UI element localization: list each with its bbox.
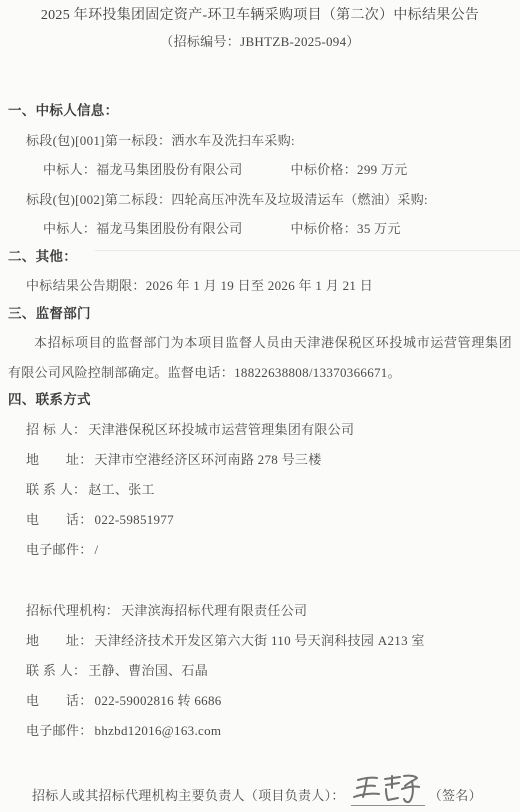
section-heading-contact: 四、联系方式	[8, 391, 512, 409]
agency-name-row: 招标代理机构： 天津滨海招标代理有限责任公司	[26, 602, 512, 620]
signature-line: 招标人或其招标代理机构主要负责人（项目负责人）： （签名）	[32, 769, 482, 804]
document-title: 2025 年环投集团固定资产-环卫车辆采购项目（第二次）中标结果公告	[8, 6, 512, 26]
tenderer-address-row: 地 址： 天津市空港经济区环河南路 278 号三楼	[26, 451, 512, 469]
agency-phone-row: 电 话： 022-59002816 转 6686	[26, 692, 512, 710]
signature-line-label: 招标人或其招标代理机构主要负责人（项目负责人）：	[32, 785, 345, 804]
lot-1-price: 中标价格：299 万元	[291, 161, 408, 179]
agency-address-row: 地 址： 天津经济技术开发区第六大街 110 号天润科技园 A213 室	[26, 632, 512, 650]
tenderer-phone-row: 电 话： 022-59851977	[26, 511, 512, 529]
lot-2-line: 标段(包)[002]第二标段：四轮高压冲洗车及垃圾清运车（燃油）采购:	[26, 191, 512, 209]
handwritten-signature	[351, 769, 425, 806]
signature-suffix: （签名）	[429, 785, 482, 804]
scanned-document-page: 2025 年环投集团固定资产-环卫车辆采购项目（第二次）中标结果公告 （招标编号…	[0, 0, 520, 812]
agency-contacts-row: 联 系 人： 王静、曹治国、石晶	[26, 662, 512, 680]
lot-2-winner-row: 中标人：福龙马集团股份有限公司 中标价格：35 万元	[43, 220, 512, 238]
lot-1-winner: 中标人：福龙马集团股份有限公司	[43, 161, 243, 179]
section-heading-winner-info: 一、中标人信息：	[8, 102, 512, 120]
supervision-paragraph: 本招标项目的监督部门为本项目监督人员由天津港保税区环投城市运营管理集团有限公司风…	[8, 328, 512, 388]
lot-1-winner-row: 中标人：福龙马集团股份有限公司 中标价格：299 万元	[43, 161, 512, 179]
tenderer-contacts-row: 联 系 人： 赵工、张工	[26, 481, 512, 499]
lot-2-price: 中标价格：35 万元	[291, 220, 401, 238]
tenderer-name-row: 招 标 人： 天津港保税区环投城市运营管理集团有限公司	[26, 421, 512, 439]
lot-1-line: 标段(包)[001]第一标段：洒水车及洗扫车采购:	[26, 132, 512, 150]
scan-artifact-line	[95, 250, 520, 251]
tender-number: （招标编号：JBHTZB-2025-094）	[8, 32, 512, 52]
tenderer-email-row: 电子邮件： /	[26, 541, 512, 559]
section-heading-supervision: 三、监督部门	[8, 305, 512, 323]
agency-email-row: 电子邮件： bhzbd12016@163.com	[26, 722, 512, 740]
handwritten-signature-icon	[351, 769, 425, 805]
lot-2-winner: 中标人：福龙马集团股份有限公司	[43, 220, 243, 238]
announcement-period: 中标结果公告期限：2026 年 1 月 19 日至 2026 年 1 月 21 …	[26, 277, 512, 295]
